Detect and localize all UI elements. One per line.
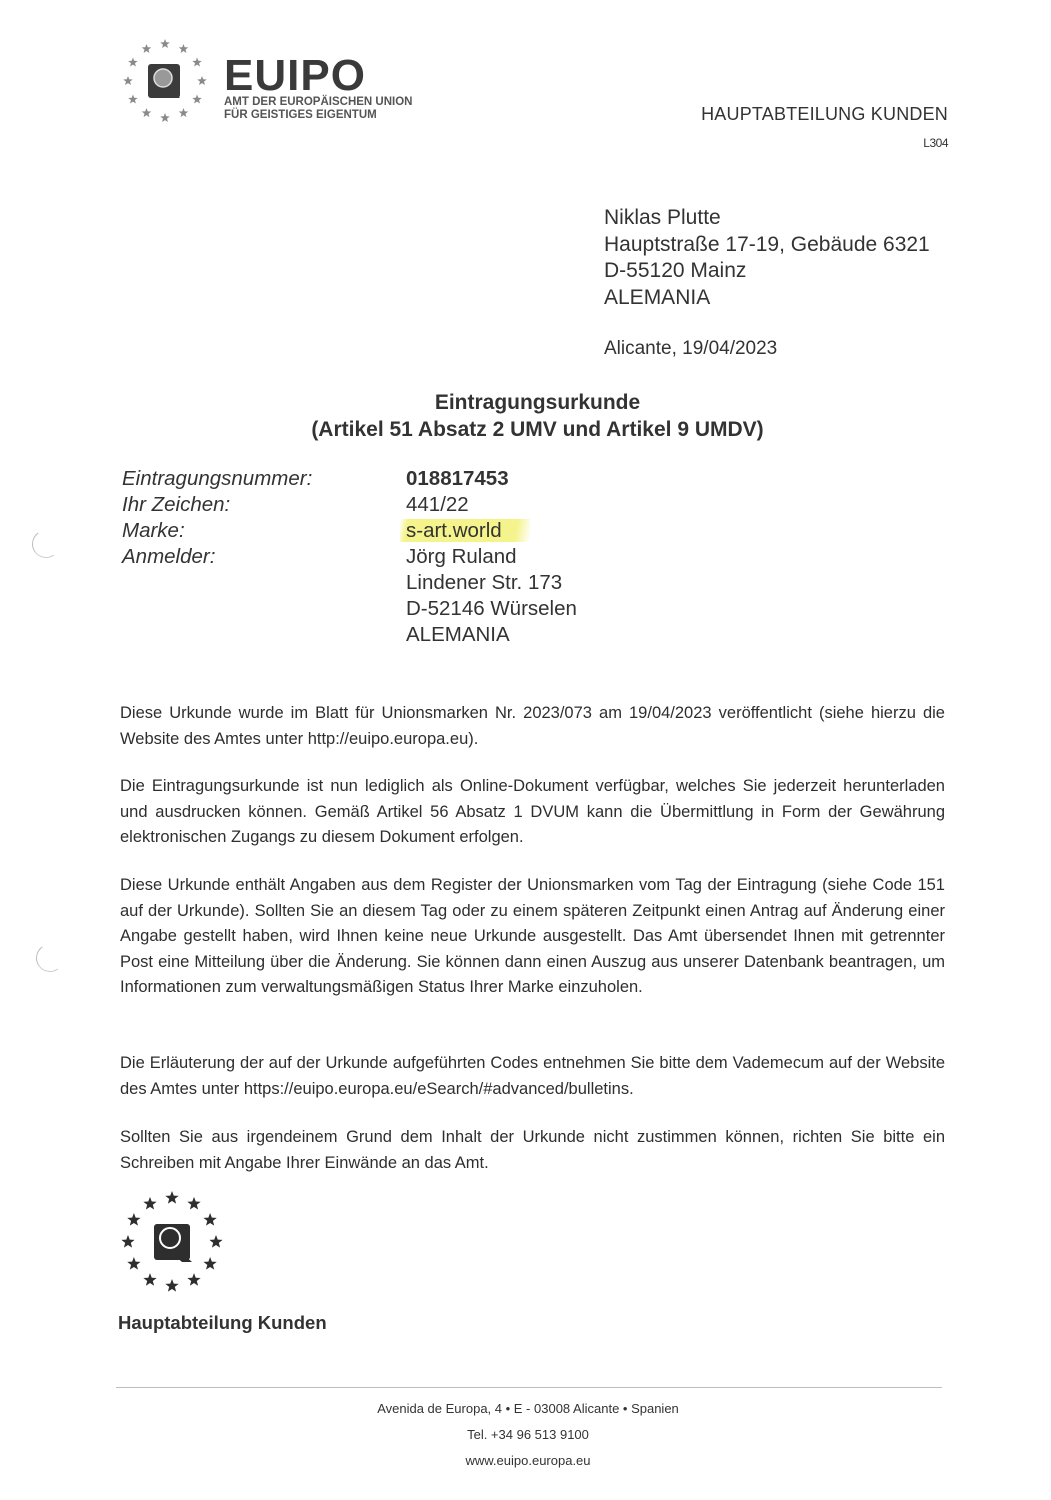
- euipo-r-emblem-icon: [120, 36, 210, 126]
- footer-website[interactable]: www.euipo.europa.eu: [0, 1448, 1051, 1474]
- footer-contact: Avenida de Europa, 4 • E - 03008 Alicant…: [0, 1396, 1051, 1474]
- trademark-name: s-art.world: [400, 519, 530, 542]
- applicant-line: Jörg Ruland: [406, 544, 577, 570]
- paragraph-online-document: Die Eintragungsurkunde ist nun lediglich…: [120, 774, 945, 851]
- punch-hole-mark: [34, 942, 66, 974]
- footer-divider: [116, 1387, 942, 1388]
- your-reference: 441/22: [406, 492, 577, 518]
- recipient-line: Hauptstraße 17-19, Gebäude 6321: [604, 232, 930, 259]
- brand-subtitle-line: AMT DER EUROPÄISCHEN UNION: [224, 96, 412, 109]
- paragraph-publication: Diese Urkunde wurde im Blatt für Unionsm…: [120, 701, 945, 752]
- recipient-line: Niklas Plutte: [604, 205, 930, 232]
- signature-department: Hauptabteilung Kunden: [118, 1312, 327, 1334]
- brand-subtitle: AMT DER EUROPÄISCHEN UNION FÜR GEISTIGES…: [224, 96, 412, 122]
- title-line: Eintragungsurkunde: [0, 389, 1051, 416]
- field-labels: Eintragungsnummer: Ihr Zeichen: Marke: A…: [122, 466, 312, 570]
- field-values: 018817453 441/22 s-art.world Jörg Ruland…: [406, 466, 577, 648]
- paragraph-codes: Die Erläuterung der auf der Urkunde aufg…: [120, 1051, 945, 1102]
- applicant-line: D-52146 Würselen: [406, 596, 577, 622]
- department-heading: HAUPTABTEILUNG KUNDEN: [701, 104, 948, 125]
- title-subline: (Artikel 51 Absatz 2 UMV und Artikel 9 U…: [0, 416, 1051, 443]
- euipo-r-emblem-icon: [120, 1190, 225, 1295]
- footer-address: Avenida de Europa, 4 • E - 03008 Alicant…: [0, 1396, 1051, 1422]
- label-your-reference: Ihr Zeichen:: [122, 492, 312, 518]
- brand-name: EUIPO: [224, 56, 366, 96]
- registration-number: 018817453: [406, 466, 577, 492]
- applicant-line: Lindener Str. 173: [406, 570, 577, 596]
- label-trademark: Marke:: [122, 518, 312, 544]
- euipo-logo: EUIPO AMT DER EUROPÄISCHEN UNION FÜR GEI…: [120, 36, 420, 126]
- reference-code: L304: [923, 136, 948, 150]
- recipient-address: Niklas Plutte Hauptstraße 17-19, Gebäude…: [604, 205, 930, 311]
- punch-hole-mark: [30, 528, 62, 560]
- place-date: Alicante, 19/04/2023: [604, 338, 777, 360]
- document-title: Eintragungsurkunde (Artikel 51 Absatz 2 …: [0, 389, 1051, 443]
- footer-phone: Tel. +34 96 513 9100: [0, 1422, 1051, 1448]
- recipient-line: ALEMANIA: [604, 285, 930, 312]
- brand-subtitle-line: FÜR GEISTIGES EIGENTUM: [224, 109, 412, 122]
- paragraph-register-info: Diese Urkunde enthält Angaben aus dem Re…: [120, 873, 945, 1001]
- applicant-line: ALEMANIA: [406, 622, 577, 648]
- paragraph-objections: Sollten Sie aus irgendeinem Grund dem In…: [120, 1125, 945, 1176]
- label-registration-number: Eintragungsnummer:: [122, 466, 312, 492]
- label-applicant: Anmelder:: [122, 544, 312, 570]
- recipient-line: D-55120 Mainz: [604, 258, 930, 285]
